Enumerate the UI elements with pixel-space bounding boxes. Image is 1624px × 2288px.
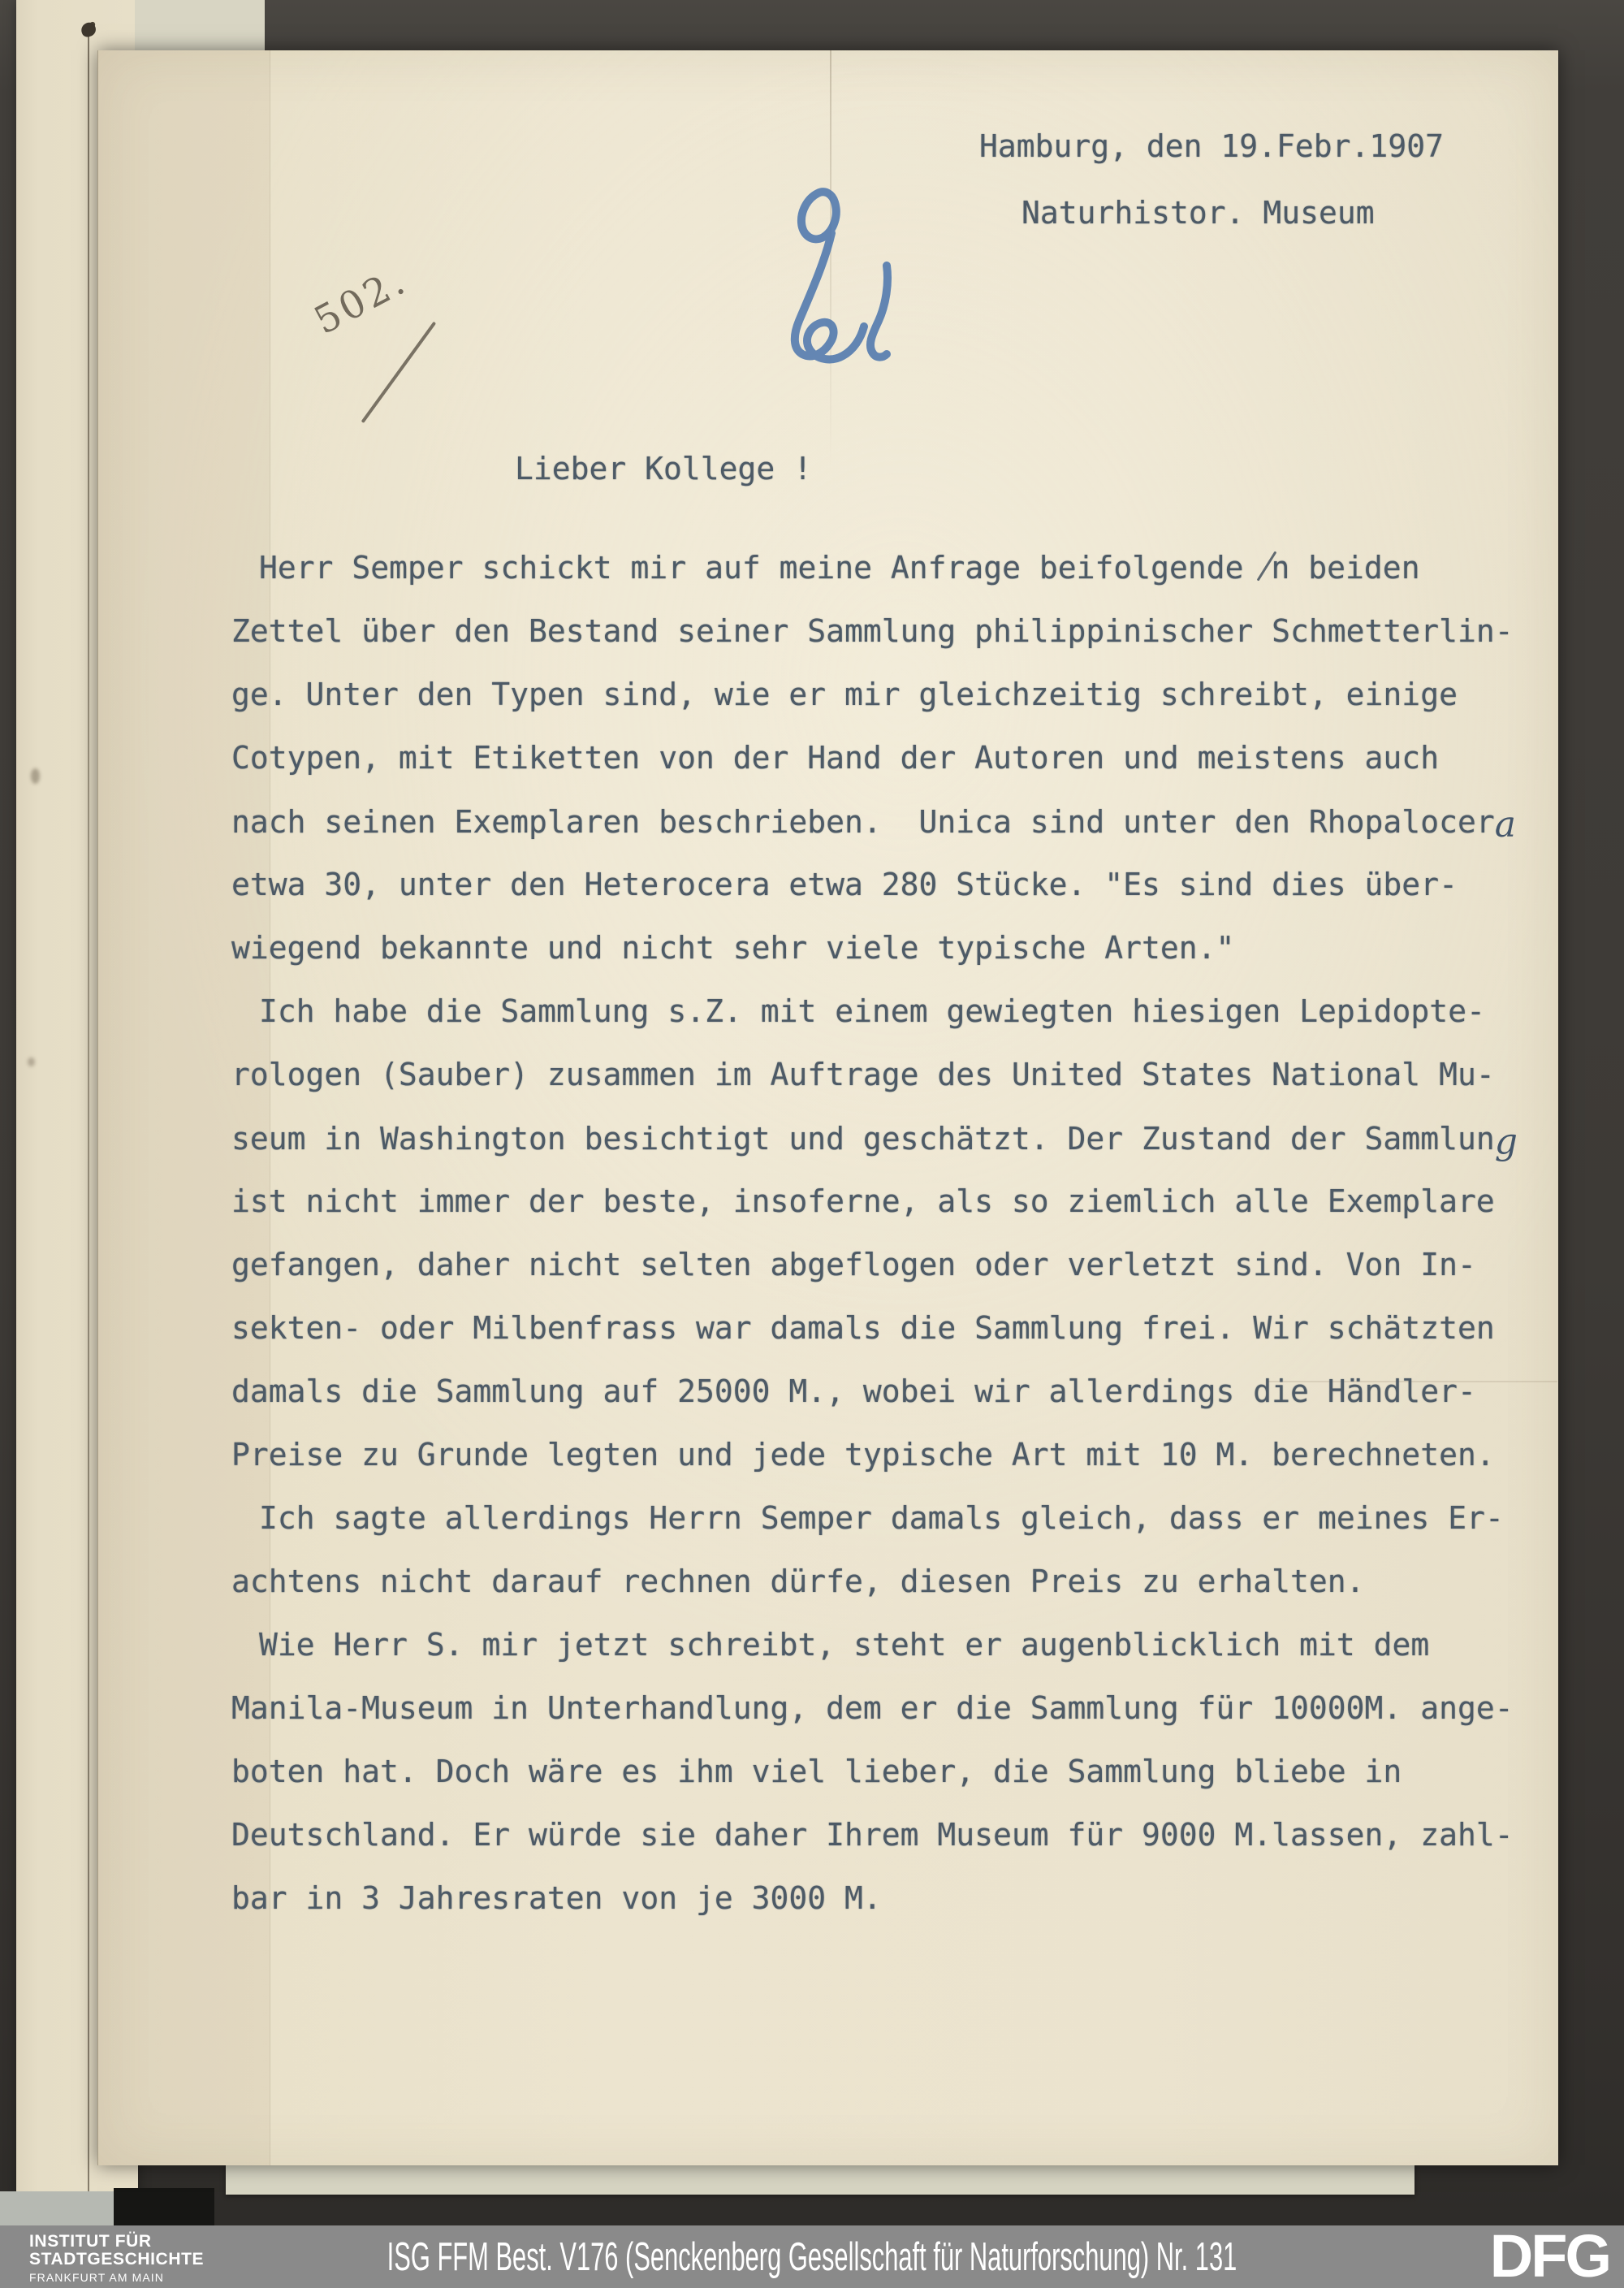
body-segment: achtens nicht darauf rechnen dürfe, dies… — [231, 1564, 1365, 1599]
body-line: rologen (Sauber) zusammen im Auftrage de… — [231, 1056, 1495, 1119]
body-segment: wiegend bekannte und nicht sehr viele ty… — [231, 930, 1234, 966]
letterhead-place-date: Hamburg, den 19.Febr.1907 — [979, 128, 1444, 164]
body-segment: bar in 3 Jahresraten von je 3000 M. — [231, 1880, 882, 1916]
body-segment: Cotypen, mit Etiketten von der Hand der … — [231, 740, 1439, 776]
body-line: damals die Sammlung auf 25000 M., wobei … — [231, 1373, 1476, 1436]
footer-bar: INSTITUT FÜR STADTGESCHICHTE FRANKFURT A… — [0, 2225, 1624, 2288]
paper-scrap-dark — [114, 2188, 214, 2227]
body-segment: Deutschland. Er würde sie daher Ihrem Mu… — [231, 1817, 1514, 1853]
archive-name-line3: FRANKFURT AM MAIN — [29, 2270, 204, 2285]
body-line: bar in 3 Jahresraten von je 3000 M. — [231, 1879, 882, 1943]
body-segment: Ich sagte allerdings Herrn Semper damals… — [259, 1500, 1504, 1536]
dfg-logo: DFG — [1490, 2221, 1609, 2288]
page-number-pencil-2 — [778, 172, 916, 367]
body-segment: seum in Washington besichtigt und geschä… — [231, 1121, 1495, 1157]
body-line: sekten- oder Milbenfrass war damals die … — [231, 1309, 1495, 1373]
body-segment-struck: n — [1244, 549, 1290, 586]
body-line: achtens nicht darauf rechnen dürfe, dies… — [231, 1563, 1365, 1626]
body-segment: boten hat. Doch wäre es ihm viel lieber,… — [231, 1754, 1402, 1789]
archive-logo-block: INSTITUT FÜR STADTGESCHICHTE FRANKFURT A… — [29, 2233, 204, 2285]
body-line: Ich sagte allerdings Herrn Semper damals… — [231, 1499, 1504, 1563]
letter-body: Herr Semper schickt mir auf meine Anfrag… — [231, 549, 1596, 1946]
body-segment: Wie Herr S. mir jetzt schreibt, steht er… — [259, 1627, 1429, 1663]
body-line: nach seinen Exemplaren beschrieben. Unic… — [231, 802, 1516, 866]
body-segment-hand: a — [1495, 807, 1516, 844]
body-line: seum in Washington besichtigt und geschä… — [231, 1119, 1518, 1183]
body-line: ist nicht immer der beste, insoferne, al… — [231, 1183, 1495, 1246]
pencil-smudge — [28, 1057, 35, 1066]
body-line: Zettel über den Bestand seiner Sammlung … — [231, 612, 1514, 676]
body-segment: damals die Sammlung auf 25000 M., wobei … — [231, 1373, 1476, 1409]
body-line: Wie Herr S. mir jetzt schreibt, steht er… — [231, 1626, 1429, 1689]
body-segment: rologen (Sauber) zusammen im Auftrage de… — [231, 1057, 1495, 1092]
body-line: wiegend bekannte und nicht sehr viele ty… — [231, 929, 1234, 993]
page-fold-edge-line — [88, 28, 89, 2195]
salutation: Lieber Kollege ! — [515, 451, 812, 487]
scanned-letter-page: { "colors":{ "typewriter_ink":"#4d5a66",… — [0, 0, 1624, 2288]
body-line: Manila-Museum in Unterhandlung, dem er d… — [231, 1689, 1514, 1753]
body-line: gefangen, daher nicht selten abgeflogen … — [231, 1246, 1476, 1309]
body-segment-hand: g — [1495, 1123, 1518, 1161]
body-line: Preise zu Grunde legten und jede typisch… — [231, 1436, 1495, 1499]
archive-name-line2: STADTGESCHICHTE — [29, 2251, 204, 2269]
body-line: ge. Unter den Typen sind, wie er mir gle… — [231, 676, 1458, 739]
body-segment: nach seinen Exemplaren beschrieben. Unic… — [231, 804, 1495, 840]
body-line: Herr Semper schickt mir auf meine Anfrag… — [231, 549, 1420, 612]
body-line: Ich habe die Sammlung s.Z. mit einem gew… — [231, 993, 1485, 1056]
body-segment: sekten- oder Milbenfrass war damals die … — [231, 1310, 1495, 1346]
body-line: boten hat. Doch wäre es ihm viel lieber,… — [231, 1753, 1402, 1816]
body-segment: etwa 30, unter den Heterocera etwa 280 S… — [231, 867, 1458, 902]
body-segment: Ich habe die Sammlung s.Z. mit einem gew… — [259, 993, 1485, 1029]
body-segment: Zettel über den Bestand seiner Sammlung … — [231, 613, 1514, 649]
body-segment: gefangen, daher nicht selten abgeflogen … — [231, 1247, 1476, 1282]
body-segment: ist nicht immer der beste, insoferne, al… — [231, 1183, 1495, 1219]
body-segment: Herr Semper schickt mir auf meine Anfrag… — [259, 550, 1244, 586]
body-line: Deutschland. Er würde sie daher Ihrem Mu… — [231, 1816, 1514, 1879]
letterhead-institution: Naturhistor. Museum — [1021, 195, 1375, 231]
archive-name-line1: INSTITUT FÜR — [29, 2233, 204, 2251]
pencil-smudge — [31, 768, 40, 784]
body-line: etwa 30, unter den Heterocera etwa 280 S… — [231, 866, 1458, 929]
body-segment: beiden — [1289, 550, 1419, 586]
archive-reference-caption: ISG FFM Best. V176 (Senckenberg Gesellsc… — [300, 2225, 1324, 2288]
body-segment: ge. Unter den Typen sind, wie er mir gle… — [231, 677, 1458, 712]
body-segment: Preise zu Grunde legten und jede typisch… — [231, 1437, 1495, 1473]
body-segment: Manila-Museum in Unterhandlung, dem er d… — [231, 1690, 1514, 1726]
body-line: Cotypen, mit Etiketten von der Hand der … — [231, 739, 1439, 802]
